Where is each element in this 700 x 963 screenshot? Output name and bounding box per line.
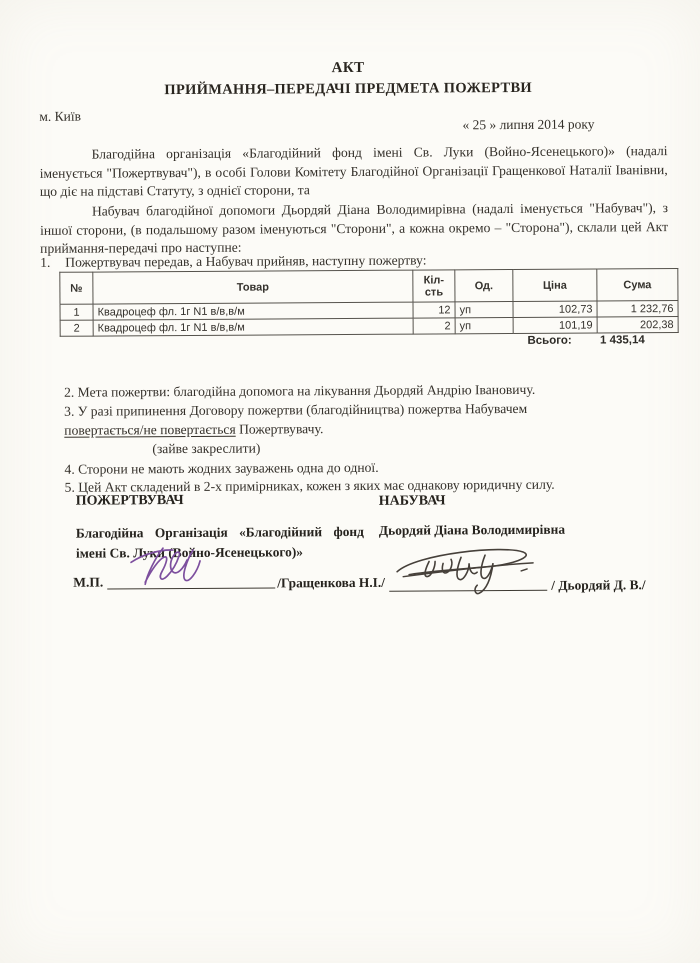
- donor-handwritten-signature-icon: [123, 542, 241, 591]
- recipient-handwritten-signature-icon: [383, 543, 551, 596]
- cell-unit: уп: [455, 318, 513, 334]
- header-cell-item: Товар: [93, 270, 413, 304]
- cell-unit: уп: [455, 302, 513, 318]
- document-page: АКТ ПРИЙМАННЯ–ПЕРЕДАЧІ ПРЕДМЕТА ПОЖЕРТВИ…: [0, 0, 700, 963]
- clause-3-tail: Пожертвувачу.: [236, 421, 324, 437]
- donor-role-label: ПОЖЕРТВУВАЧ: [76, 493, 184, 510]
- document-content: АКТ ПРИЙМАННЯ–ПЕРЕДАЧІ ПРЕДМЕТА ПОЖЕРТВИ…: [0, 0, 700, 963]
- donation-items-table: № Товар Кіл-сть Од. Ціна Сума 1 Квадроце…: [59, 268, 678, 337]
- cell-price: 102,73: [513, 301, 597, 318]
- cell-item: Квадроцеф фл. 1г N1 в/в,в/м: [93, 302, 413, 320]
- paragraph-recipient: Набувач благодійної допомоги Дьордяй Діа…: [40, 199, 668, 258]
- document-title-line1: АКТ: [0, 58, 698, 79]
- cell-number: 1: [60, 304, 93, 320]
- header-cell-price: Ціна: [513, 269, 597, 302]
- seal-place-label: М.П.: [73, 575, 103, 591]
- cell-qty: 12: [413, 302, 455, 318]
- header-cell-unit: Од.: [455, 270, 513, 302]
- cell-price: 101,19: [513, 317, 597, 334]
- strike-out-note: (зайве закреслити): [152, 441, 260, 458]
- cell-sum: 1 232,76: [597, 300, 678, 316]
- clause-3-line1: 3. У разі припинення Договору пожертви (…: [64, 399, 664, 421]
- cell-item: Квадроцеф фл. 1г N1 в/в,в/м: [93, 318, 413, 336]
- recipient-role-label: НАБУВАЧ: [379, 493, 446, 509]
- recipient-signatory-name: / Дьордяй Д. В./: [551, 577, 645, 594]
- table-header-row: № Товар Кіл-сть Од. Ціна Сума: [60, 268, 678, 304]
- table-row: 2 Квадроцеф фл. 1г N1 в/в,в/м 2 уп 101,1…: [60, 316, 678, 336]
- clause-3-underlined-choice: повертається/не повертається: [64, 422, 236, 438]
- clause-2: 2. Мета пожертви: благодійна допомога на…: [64, 380, 664, 402]
- document-city: м. Київ: [39, 109, 81, 125]
- paragraph-donor: Благодійна організація «Благодійний фонд…: [40, 142, 668, 201]
- cell-qty: 2: [413, 318, 455, 334]
- cell-number: 2: [60, 320, 93, 336]
- clause-1-text: Пожертвувач передав, а Набувач прийняв, …: [65, 253, 426, 271]
- header-cell-number: №: [60, 272, 93, 304]
- donor-signatory-name: /Гращенкова Н.І./: [277, 575, 385, 592]
- cell-sum: 202,38: [597, 316, 678, 332]
- signature-strokes: [397, 549, 533, 594]
- clause-1-number: 1.: [40, 255, 50, 271]
- document-title-line2: ПРИЙМАННЯ–ПЕРЕДАЧІ ПРЕДМЕТА ПОЖЕРТВИ: [0, 79, 698, 100]
- header-cell-sum: Сума: [597, 268, 678, 300]
- total-value: 1 435,14: [545, 334, 645, 347]
- clause-3-line2: повертається/не повертається Пожертвувач…: [64, 418, 664, 440]
- recipient-person-name: Дьордяй Діана Володимирівна: [379, 521, 609, 538]
- document-date: « 25 » липня 2014 року: [462, 117, 594, 134]
- header-cell-qty: Кіл-сть: [413, 270, 455, 302]
